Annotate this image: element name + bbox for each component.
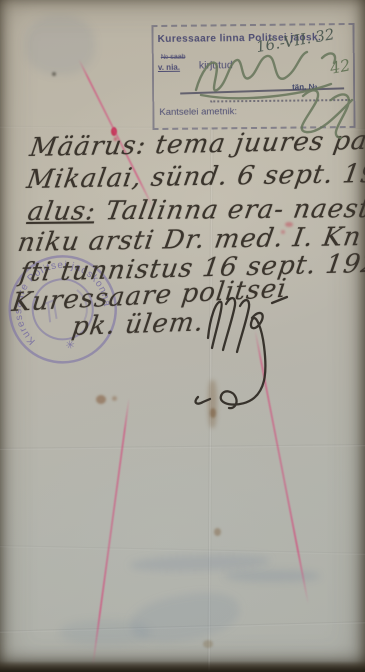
- registration-stamp-box: Kuressaare linna Politsei jaosk. № saab …: [151, 23, 355, 130]
- stamp-number-label-top: № saab: [161, 54, 186, 61]
- ink-bleed-through: [60, 620, 150, 645]
- stamp-clerk-label: Kantselei ametnik:: [159, 106, 237, 118]
- ink-bleed-through: [127, 586, 243, 649]
- handwriting-line: Määrus: tema juures paig: [28, 125, 365, 163]
- handwritten-date: 16.-VII. 32: [255, 25, 336, 56]
- handwriting-line: pk. ülem.: [70, 307, 206, 342]
- stamp-blank-line: [180, 87, 344, 94]
- rust-stain: [208, 380, 217, 428]
- handwritten-number: 42: [328, 55, 352, 77]
- rust-stain: [203, 640, 213, 648]
- stamp-registered-label: kirjutud: [199, 59, 233, 71]
- fold-crease-low: [0, 545, 365, 555]
- rust-stain: [96, 395, 106, 404]
- rust-stain: [112, 396, 117, 401]
- photo-edge-bottom: [0, 661, 365, 672]
- ink-bleed-through: [25, 15, 95, 75]
- handwriting-text: Tallinna era- naesteklii: [103, 193, 365, 226]
- stamp-number-label-bottom: v. nia.: [158, 63, 180, 72]
- handwritten-street-note: tän. №: [292, 82, 317, 91]
- ink-bleed-through: [225, 570, 320, 582]
- fold-crease-mid: [0, 444, 365, 450]
- rust-stain: [210, 408, 216, 418]
- stamp-dotted-line: [210, 99, 350, 102]
- handwriting-keyword: alus:: [25, 196, 98, 227]
- document-photo: Kuressaare Politsei jaoskonna ✳ Kuressaa…: [0, 0, 365, 672]
- rust-stain: [214, 528, 221, 536]
- handwriting-line: Mikalai, sünd. 6 sept. 193: [25, 159, 365, 195]
